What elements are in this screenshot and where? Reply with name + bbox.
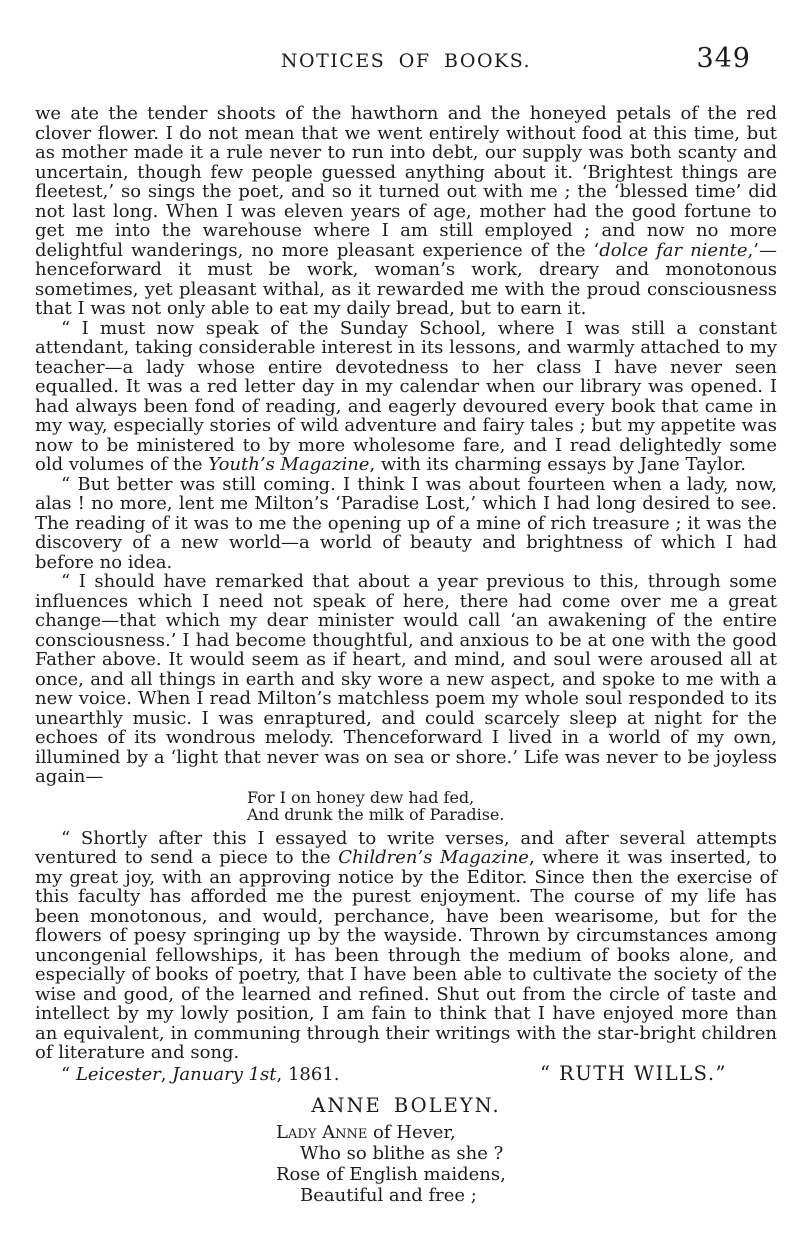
paragraph: we ate the tender shoots of the hawthorn… — [35, 104, 777, 319]
page-header: NOTICES OF BOOKS. 349 — [35, 50, 777, 78]
verse-line: And drunk the milk of Paradise. — [247, 806, 777, 824]
verse-quote: For I on honey dew had fed, And drunk th… — [247, 789, 777, 824]
signature-name: “ RUTH WILLS.” — [540, 1064, 727, 1084]
page-number: 349 — [696, 43, 751, 74]
poem-line: Rose of English maidens, — [276, 1164, 777, 1185]
poem-line: Lady Anne of Hever, — [276, 1122, 777, 1143]
paragraph: “ I should have remarked that about a ye… — [35, 572, 777, 787]
running-title: NOTICES OF BOOKS. — [35, 50, 777, 72]
poem: Lady Anne of Hever, Who so blithe as she… — [276, 1122, 777, 1206]
paragraph: “ I must now speak of the Sunday School,… — [35, 319, 777, 475]
poem-line: Beautiful and free ; — [276, 1185, 777, 1206]
signature-row: “ Leicester, January 1st, 1861. “ RUTH W… — [35, 1064, 777, 1085]
section-heading: ANNE BOLEYN. — [35, 1094, 777, 1117]
verse-line: For I on honey dew had fed, — [247, 789, 777, 807]
article-body: we ate the tender shoots of the hawthorn… — [35, 104, 777, 1085]
signature-place-date: “ Leicester, January 1st, 1861. — [35, 1065, 340, 1085]
scanned-book-page: NOTICES OF BOOKS. 349 we ate the tender … — [0, 0, 811, 1259]
paragraph: “ But better was still coming. I think I… — [35, 475, 777, 573]
poem-line: Who so blithe as she ? — [276, 1143, 777, 1164]
paragraph: “ Shortly after this I essayed to write … — [35, 829, 777, 1063]
